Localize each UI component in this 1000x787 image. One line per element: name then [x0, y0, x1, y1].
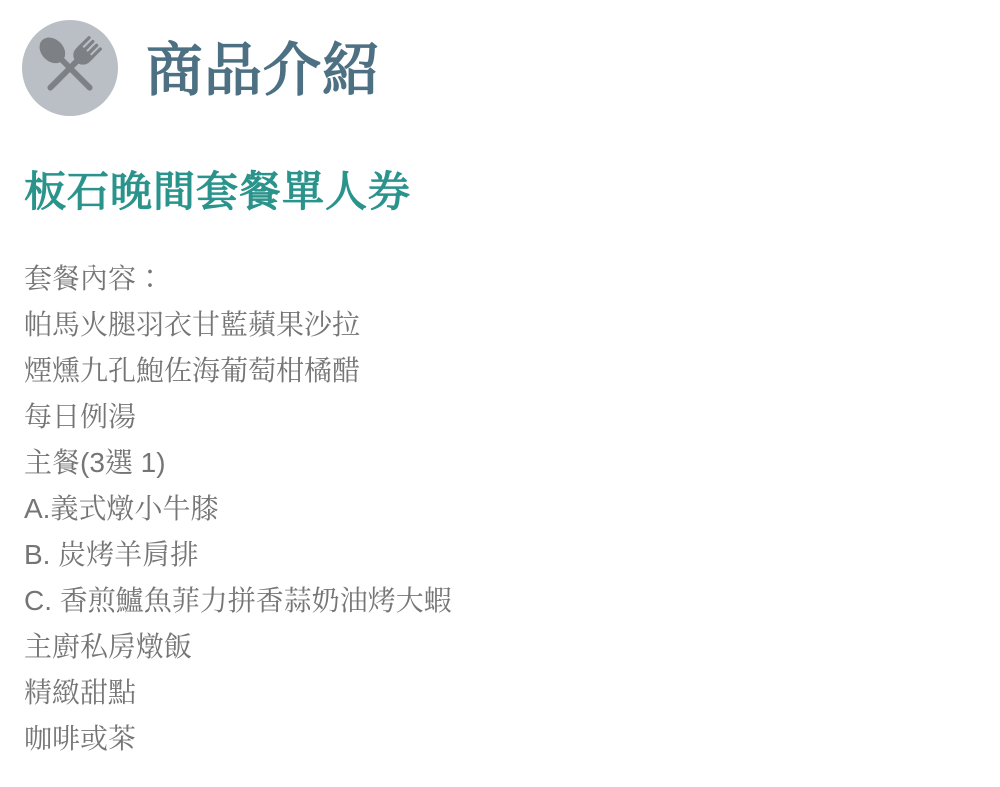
description-line: C. 香煎鱸魚菲力拼香蒜奶油烤大蝦	[24, 578, 724, 624]
description-line: 咖啡或茶	[24, 716, 724, 762]
description-line: A.義式燉小牛膝	[24, 486, 724, 532]
crossed-spoon-fork-icon	[22, 20, 118, 116]
product-title: 板石晚間套餐單人券	[24, 168, 411, 216]
product-intro-page: 商品介紹 板石晚間套餐單人券 套餐內容：帕馬火腿羽衣甘藍蘋果沙拉煙燻九孔鮑佐海葡…	[0, 0, 1000, 787]
description-line: B. 炭烤羊肩排	[24, 532, 724, 578]
description-line: 主餐(3選 1)	[24, 440, 724, 486]
description-line: 煙燻九孔鮑佐海葡萄柑橘醋	[24, 348, 724, 394]
description-line: 精緻甜點	[24, 670, 724, 716]
description-line: 每日例湯	[24, 394, 724, 440]
section-header: 商品介紹	[22, 20, 381, 116]
description-line: 帕馬火腿羽衣甘藍蘋果沙拉	[24, 302, 724, 348]
section-title: 商品介紹	[145, 42, 381, 100]
description-line: 套餐內容：	[24, 256, 724, 302]
product-description: 套餐內容：帕馬火腿羽衣甘藍蘋果沙拉煙燻九孔鮑佐海葡萄柑橘醋每日例湯主餐(3選 1…	[24, 256, 724, 762]
description-line: 主廚私房燉飯	[24, 624, 724, 670]
